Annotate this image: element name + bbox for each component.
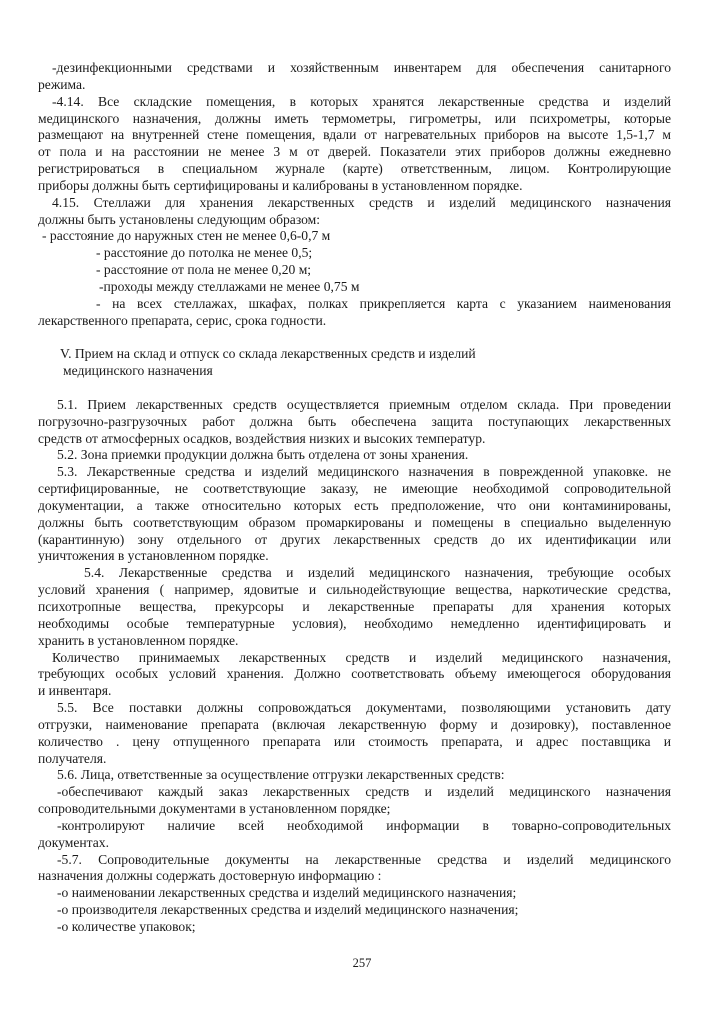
text-line: -5.7. Сопроводительные документы на лека… <box>57 852 671 868</box>
text-line: сопроводительными документами в установл… <box>38 801 671 817</box>
text-line: должны быть соответствующим образом пром… <box>38 515 671 531</box>
text-line: погрузочно-разгрузочных работ должна быт… <box>38 414 671 430</box>
text-line: - на всех стеллажах, шкафах, полках прик… <box>96 296 671 312</box>
text-line: Количество принимаемых лекарственных сре… <box>52 650 671 666</box>
text-line: 5.1. Прием лекарственных средств осущест… <box>57 397 671 413</box>
text-line: от пола и на расстоянии не менее 3 м от … <box>38 144 671 160</box>
text-line: сертифицированные, не соответствующие за… <box>38 481 671 497</box>
text-line: уничтожения в установленном порядке. <box>38 548 671 564</box>
text-line: -4.14. Все складские помещения, в которы… <box>52 94 671 110</box>
text-line: требующих особых условий хранения. Должн… <box>38 666 671 682</box>
page-number: 257 <box>0 956 724 970</box>
text-line: - расстояние до наружных стен не менее 0… <box>42 228 671 244</box>
document-page: -дезинфекционными средствами и хозяйстве… <box>0 0 724 1024</box>
text-line: необходимы особые температурные условия)… <box>38 616 671 632</box>
text-line: 4.15. Стеллажи для хранения лекарственны… <box>52 195 671 211</box>
text-line: 5.5. Все поставки должны сопровождаться … <box>57 700 671 716</box>
text-line: -о наименовании лекарственных средства и… <box>57 885 671 901</box>
text-line: отгрузки, наименование препарата (включа… <box>38 717 671 733</box>
text-line: хранить в установленном порядке. <box>38 633 671 649</box>
text-line: (карантинную) зону отдельного от других … <box>38 532 671 548</box>
text-line: получателя. <box>38 751 671 767</box>
text-line: размещают на внутренней стене помещения,… <box>38 127 671 143</box>
text-line: документах. <box>38 835 671 851</box>
text-line: должны быть установлены следующим образо… <box>38 212 671 228</box>
text-line: -обеспечивают каждый заказ лекарственных… <box>57 784 671 800</box>
text-line: V. Прием на склад и отпуск со склада лек… <box>60 346 671 362</box>
text-line: средств от атмосферных осадков, воздейст… <box>38 431 671 447</box>
text-line: 5.4. Лекарственные средства и изделий ме… <box>84 565 671 581</box>
text-line: психотропные вещества, прекурсоры и лека… <box>38 599 671 615</box>
text-line: 5.6. Лица, ответственные за осуществлени… <box>57 767 671 783</box>
text-line: -о количестве упаковок; <box>57 919 671 935</box>
text-line: -контролируют наличие всей необходимой и… <box>57 818 671 834</box>
text-line: - расстояние от пола не менее 0,20 м; <box>96 262 671 278</box>
text-line: медицинского назначения <box>63 363 671 379</box>
text-line: лекарственного препарата, серис, срока г… <box>38 313 671 329</box>
text-line: медицинского назначения, должны иметь те… <box>38 111 671 127</box>
text-line: условий хранения ( например, ядовитые и … <box>38 582 671 598</box>
text-line: -проходы между стеллажами не менее 0,75 … <box>99 279 671 295</box>
text-line: приборы должны быть сертифицированы и ка… <box>38 178 671 194</box>
text-line: документации, а также относительно котор… <box>38 498 671 514</box>
text-line: 5.3. Лекарственные средства и изделий ме… <box>57 464 671 480</box>
text-line: 5.2. Зона приемки продукции должна быть … <box>57 447 671 463</box>
text-line: назначения должны содержать достоверную … <box>38 868 671 884</box>
text-line: режима. <box>38 77 671 93</box>
text-line: и инвентаря. <box>38 683 671 699</box>
text-line: -дезинфекционными средствами и хозяйстве… <box>52 60 671 76</box>
text-line: - расстояние до потолка не менее 0,5; <box>96 245 671 261</box>
text-line: количество . цену отпущенного препарата … <box>38 734 671 750</box>
text-line: регистрироваться в специальном журнале (… <box>38 161 671 177</box>
text-line: -о производителя лекарственных средства … <box>57 902 671 918</box>
